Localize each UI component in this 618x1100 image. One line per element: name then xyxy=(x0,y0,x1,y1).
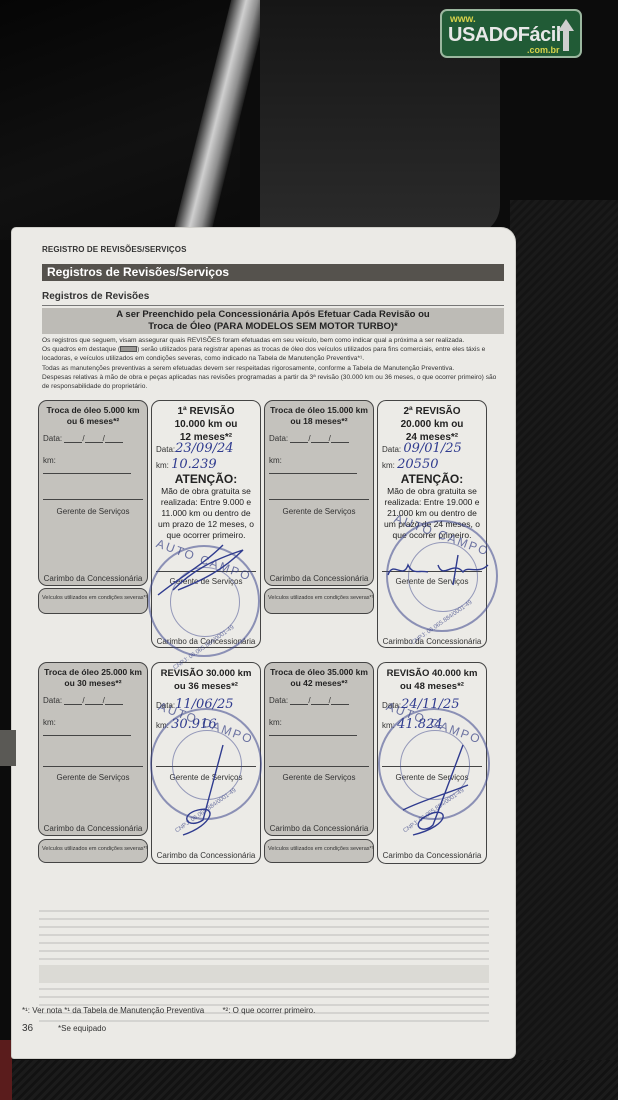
notice-line-1: A ser Preenchido pela Concessionária Apó… xyxy=(42,309,504,321)
km-label: km: xyxy=(269,456,282,465)
card-title: Troca de óleo 15.000 km ou 18 meses*² xyxy=(265,405,373,427)
intro-p2: Os quadros em destaque () serão utilizad… xyxy=(42,345,504,363)
km-field[interactable]: km: 30.916 xyxy=(156,717,256,732)
card-title: REVISÃO 30.000 km ou 36 meses*² xyxy=(152,667,260,693)
date-value: 09/01/25 xyxy=(403,441,461,456)
date-field[interactable]: Data: // xyxy=(43,696,143,705)
seat-fabric-bottom xyxy=(0,1060,618,1100)
title-line-1: REVISÃO 40.000 km xyxy=(380,667,484,680)
km-value: 30.916 xyxy=(171,717,217,732)
faded-paragraph xyxy=(39,910,489,960)
revision-30000-card: REVISÃO 30.000 km ou 36 meses*² Data:11/… xyxy=(151,662,261,864)
seat-fabric xyxy=(510,200,618,1100)
title-line-1: REVISÃO 30.000 km xyxy=(154,667,258,680)
title-line-2: 20.000 km ou xyxy=(380,418,484,431)
date-field[interactable]: Data: // xyxy=(269,696,369,705)
date-label: Data: xyxy=(382,701,401,710)
km-field[interactable]: km: 41.824 xyxy=(382,717,482,732)
km-field[interactable]: km: xyxy=(43,718,143,736)
subsection-title: Registros de Revisões xyxy=(42,291,149,302)
severe-conditions-box: Veículos utilizados em condições severas… xyxy=(264,588,374,614)
title-line-2: ou 48 meses*² xyxy=(380,680,484,693)
page-tab-marker xyxy=(0,730,16,766)
km-label: km: xyxy=(382,721,395,730)
stamp-label: Carimbo da Concessionária xyxy=(378,637,486,646)
footnote-2: *²: O que ocorrer primeiro. xyxy=(222,1006,315,1015)
stamp-label: Carimbo da Concessionária xyxy=(39,824,147,833)
intro-p2-a: Os quadros em destaque ( xyxy=(42,346,120,353)
manager-label: Gerente de Serviços xyxy=(152,577,260,586)
highlight-swatch xyxy=(120,346,137,352)
signature-line xyxy=(269,499,369,500)
up-arrow-icon xyxy=(558,19,574,51)
intro-p4: Despesas relativas à mão de obra e peças… xyxy=(42,373,504,391)
date-label: Data: xyxy=(269,434,288,443)
manager-label: Gerente de Serviços xyxy=(265,773,373,782)
attention-body: Mão de obra gratuita se realizada: Entre… xyxy=(381,486,483,541)
oil-change-25000-card: Troca de óleo 25.000 km ou 30 meses*² Da… xyxy=(38,662,148,836)
intro-p1: Os registros que seguem, visam assegurar… xyxy=(42,336,504,345)
intro-p3: Todas as manutenções preventivas a serem… xyxy=(42,364,504,373)
card-title: Troca de óleo 35.000 km ou 42 meses*² xyxy=(265,667,373,689)
card-title: 2ª REVISÃO 20.000 km ou 24 meses*² xyxy=(378,405,486,444)
title-line-2: 10.000 km ou xyxy=(154,418,258,431)
attention-title: ATENÇÃO: xyxy=(152,472,260,486)
date-field[interactable]: Data:23/09/24 xyxy=(156,441,256,456)
seat-stitching xyxy=(0,1040,12,1100)
date-field[interactable]: Data:24/11/25 xyxy=(382,697,482,712)
notice-line-2: Troca de Óleo (PARA MODELOS SEM MOTOR TU… xyxy=(42,321,504,333)
km-field[interactable]: km: xyxy=(269,718,369,736)
intro-text: Os registros que seguem, visam assegurar… xyxy=(42,336,504,391)
date-label: Data: xyxy=(156,701,175,710)
first-revision-card: 1ª REVISÃO 10.000 km ou 12 meses*² Data:… xyxy=(151,400,261,648)
logo-name: USADOFácil xyxy=(448,24,561,47)
date-label: Data: xyxy=(382,445,401,454)
date-field[interactable]: Data: // xyxy=(43,434,143,443)
km-label: km: xyxy=(156,461,169,470)
severe-conditions-box: Veículos utilizados em condições severas… xyxy=(264,839,374,863)
attention-title: ATENÇÃO: xyxy=(378,472,486,486)
title-line-1: 2ª REVISÃO xyxy=(380,405,484,418)
section-title: Registros de Revisões/Serviços xyxy=(42,264,504,281)
logo-suffix: .com.br xyxy=(527,45,560,55)
footnotes: *¹: Ver nota *¹ da Tabela de Manutenção … xyxy=(22,1006,315,1015)
faded-bar xyxy=(39,965,489,983)
notice-banner: A ser Preenchido pela Concessionária Apó… xyxy=(42,308,504,334)
manager-label: Gerente de Serviços xyxy=(39,773,147,782)
oil-change-35000-card: Troca de óleo 35.000 km ou 42 meses*² Da… xyxy=(264,662,374,836)
date-field[interactable]: Data: // xyxy=(269,434,369,443)
title-line-2: ou 36 meses*² xyxy=(154,680,258,693)
second-revision-card: 2ª REVISÃO 20.000 km ou 24 meses*² Data:… xyxy=(377,400,487,648)
stamp-label: Carimbo da Concessionária xyxy=(378,851,486,860)
title-line-1: 1ª REVISÃO xyxy=(154,405,258,418)
km-field[interactable]: km: 10.239 xyxy=(156,457,256,472)
manager-label: Gerente de Serviços xyxy=(39,507,147,516)
running-head: REGISTRO DE REVISÕES/SERVIÇOS xyxy=(42,245,187,254)
signature-line xyxy=(269,766,369,767)
revision-40000-card: REVISÃO 40.000 km ou 48 meses*² Data:24/… xyxy=(377,662,487,864)
page-number: 36 xyxy=(22,1023,33,1034)
date-value: 24/11/25 xyxy=(401,697,459,712)
km-value: 20550 xyxy=(397,457,438,472)
km-value: 41.824 xyxy=(397,717,443,732)
signature-line xyxy=(156,766,256,767)
oil-change-15000-card: Troca de óleo 15.000 km ou 18 meses*² Da… xyxy=(264,400,374,586)
km-label: km: xyxy=(43,456,56,465)
signature-line xyxy=(382,766,482,767)
oil-change-5000-card: Troca de óleo 5.000 km ou 6 meses*² Data… xyxy=(38,400,148,586)
manager-label: Gerente de Serviços xyxy=(378,577,486,586)
date-label: Data: xyxy=(43,696,62,705)
stamp-label: Carimbo da Concessionária xyxy=(152,851,260,860)
date-field[interactable]: Data: 09/01/25 xyxy=(382,441,482,456)
footnote-1: *¹: Ver nota *¹ da Tabela de Manutenção … xyxy=(22,1006,204,1015)
manager-label: Gerente de Serviços xyxy=(265,507,373,516)
date-value: 11/06/25 xyxy=(175,697,233,712)
divider xyxy=(42,305,504,306)
stamp-label: Carimbo da Concessionária xyxy=(152,637,260,646)
km-field[interactable]: km: 20550 xyxy=(382,457,482,472)
signature-line xyxy=(43,766,143,767)
km-value: 10.239 xyxy=(171,457,217,472)
km-label: km: xyxy=(269,718,282,727)
date-label: Data: xyxy=(43,434,62,443)
stamp-label: Carimbo da Concessionária xyxy=(265,824,373,833)
date-label: Data: xyxy=(156,445,175,454)
manual-page: REGISTRO DE REVISÕES/SERVIÇOS Registros … xyxy=(12,228,515,1058)
signature-line xyxy=(156,571,256,572)
manager-label: Gerente de Serviços xyxy=(378,773,486,782)
card-title: Troca de óleo 25.000 km ou 30 meses*² xyxy=(39,667,147,689)
if-equipped-note: *Se equipado xyxy=(58,1024,106,1033)
km-field[interactable]: km: xyxy=(269,456,369,474)
card-title: 1ª REVISÃO 10.000 km ou 12 meses*² xyxy=(152,405,260,444)
km-label: km: xyxy=(382,461,395,470)
date-field[interactable]: Data:11/06/25 xyxy=(156,697,256,712)
card-title: Troca de óleo 5.000 km ou 6 meses*² xyxy=(39,405,147,427)
km-label: km: xyxy=(156,721,169,730)
signature-line xyxy=(382,571,482,572)
manager-label: Gerente de Serviços xyxy=(152,773,260,782)
card-title: REVISÃO 40.000 km ou 48 meses*² xyxy=(378,667,486,693)
km-field[interactable]: km: xyxy=(43,456,143,474)
usadofacil-logo: www. USADOFácil .com.br xyxy=(440,9,582,58)
stamp-label: Carimbo da Concessionária xyxy=(265,574,373,583)
severe-conditions-box: Veículos utilizados em condições severas… xyxy=(38,839,148,863)
date-value: 23/09/24 xyxy=(175,441,233,456)
signature-line xyxy=(43,499,143,500)
severe-conditions-box: Veículos utilizados em condições severas… xyxy=(38,588,148,614)
attention-body: Mão de obra gratuita se realizada: Entre… xyxy=(155,486,257,541)
stamp-label: Carimbo da Concessionária xyxy=(39,574,147,583)
date-label: Data: xyxy=(269,696,288,705)
km-label: km: xyxy=(43,718,56,727)
